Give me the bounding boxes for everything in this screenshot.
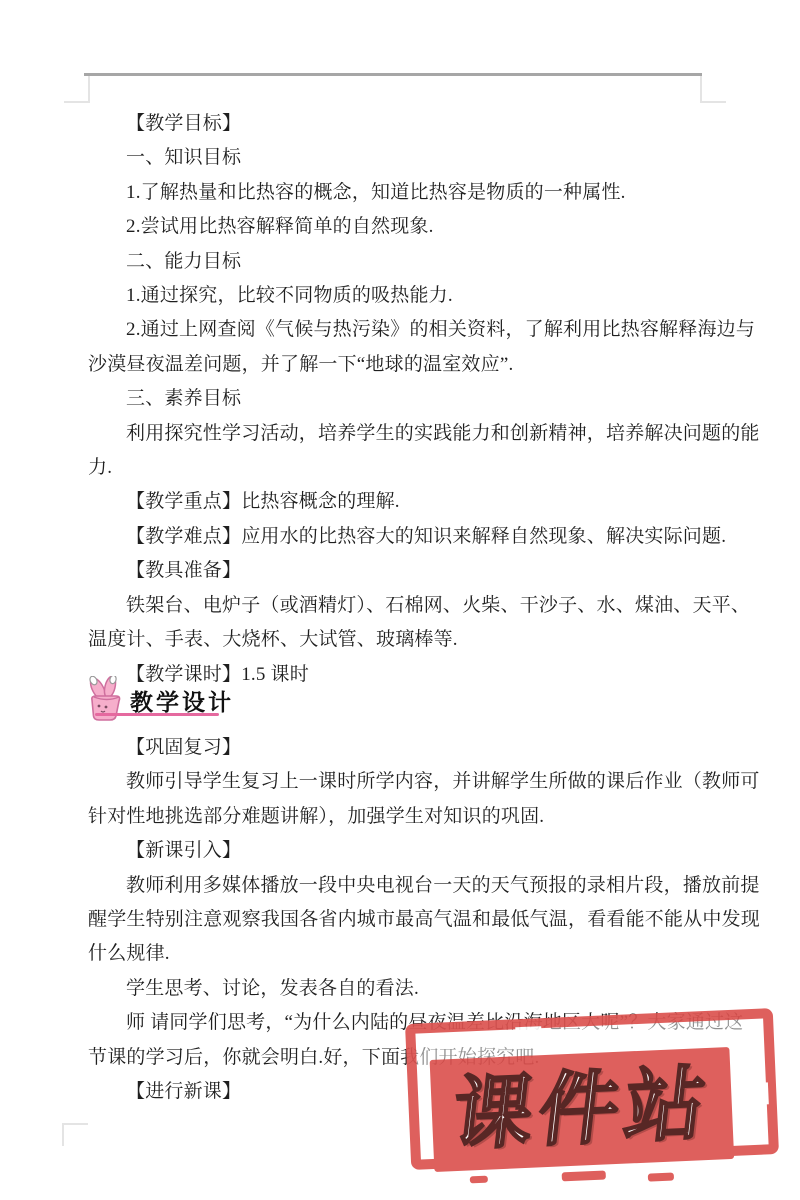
stamp-text: 课件站 <box>447 1048 718 1172</box>
text-line: 【教学重点】比热容概念的理解. <box>88 485 736 519</box>
text-line: 利用探究性学习活动，培养学生的实践能力和创新精神，培养解决问题的能 <box>88 417 736 451</box>
text-line: 2.通过上网查阅《气候与热污染》的相关资料，了解利用比热容解释海边与 <box>88 313 736 347</box>
margin-mark-top-left <box>88 76 90 103</box>
stamp-border-break <box>754 1082 769 1105</box>
text-line: 温度计、手表、大烧杯、大试管、玻璃棒等. <box>88 623 736 657</box>
text-line: 2.尝试用比热容解释简单的自然现象. <box>88 210 736 244</box>
text-line: 铁架台、电炉子（或酒精灯）、石棉网、火柴、干沙子、水、煤油、天平、 <box>88 589 736 623</box>
text-line: 教师利用多媒体播放一段中央电视台一天的天气预报的录相片段，播放前提 <box>88 869 736 903</box>
text-line: 【新课引入】 <box>88 834 736 868</box>
section-badge: 教学设计 <box>86 674 346 722</box>
stamp-ink-dash <box>470 1176 488 1184</box>
text-line: 什么规律. <box>88 937 736 971</box>
stamp-ink-dash <box>648 1173 674 1182</box>
text-line: 一、知识目标 <box>88 141 736 175</box>
margin-mark-top-right <box>700 101 726 103</box>
text-line: 【教学难点】应用水的比热容大的知识来解释自然现象、解决实际问题. <box>88 520 736 554</box>
text-line: 【教具准备】 <box>88 554 736 588</box>
stamp-ink-dash <box>562 1170 606 1181</box>
margin-mark-top-left <box>64 101 90 103</box>
badge-underline <box>95 713 219 716</box>
text-line: 1.了解热量和比热容的概念，知道比热容是物质的一种属性. <box>88 176 736 210</box>
stamp-border-break <box>515 1026 542 1041</box>
margin-mark-top-right <box>700 76 702 103</box>
text-line: 【巩固复习】 <box>88 731 736 765</box>
document-page: { "window": { "width": 800, "height": 12… <box>0 0 800 1200</box>
margin-mark-bottom-left <box>62 1123 88 1125</box>
text-line: 【教学目标】 <box>88 107 736 141</box>
text-line: 醒学生特别注意观察我国各省内城市最高气温和最低气温，看看能不能从中发现 <box>88 903 736 937</box>
text-line: 针对性地挑选部分难题讲解），加强学生对知识的巩固. <box>88 800 736 834</box>
margin-mark-bottom-left <box>62 1123 64 1146</box>
stamp-fill: 课件站 <box>430 1047 735 1172</box>
text-line: 学生思考、讨论，发表各自的看法. <box>88 972 736 1006</box>
watermark-stamp: 课件站 <box>405 1008 779 1170</box>
text-line: 1.通过探究，比较不同物质的吸热能力. <box>88 279 736 313</box>
text-line: 力. <box>88 451 736 485</box>
text-line: 沙漠昼夜温差问题，并了解一下“地球的温室效应”. <box>88 348 736 382</box>
text-line: 二、能力目标 <box>88 245 736 279</box>
document-body-upper: 【教学目标】一、知识目标1.了解热量和比热容的概念，知道比热容是物质的一种属性.… <box>88 107 736 692</box>
text-line: 三、素养目标 <box>88 382 736 416</box>
page-top-edge <box>84 73 702 76</box>
text-line: 教师引导学生复习上一课时所学内容，并讲解学生所做的课后作业（教师可 <box>88 765 736 799</box>
